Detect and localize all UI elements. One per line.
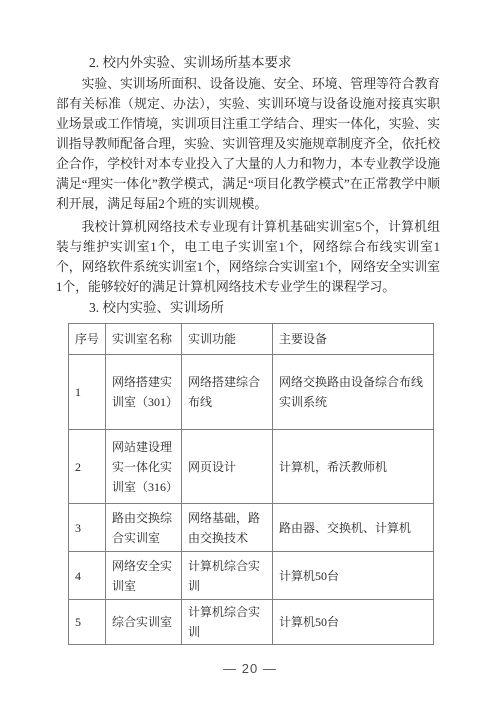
table-cell-function: 计算机综合实训 bbox=[182, 552, 273, 600]
table-cell-equipment: 计算机，希沃教师机 bbox=[273, 430, 434, 504]
table-row: 5 综合实训室 计算机综合实训 计算机50台 bbox=[69, 600, 434, 645]
table-row: 3 路由交换综合实训室 网络基础，路由交换技术 路由器、交换机、计算机 bbox=[69, 504, 434, 552]
table-row: 1 网络搭建实训室（301） 网络搭建综合布线 网络交换路由设备综合布线实训系统 bbox=[69, 355, 434, 430]
table-cell-room-name: 网络搭建实训室（301） bbox=[106, 355, 182, 430]
table-header-row: 序号 实训室名称 实训功能 主要设备 bbox=[69, 324, 434, 355]
table-cell-index: 5 bbox=[69, 600, 106, 645]
section-heading-3: 3. 校内实验、实训场所 bbox=[89, 300, 224, 315]
table-cell-equipment: 路由器、交换机、计算机 bbox=[273, 504, 434, 552]
table-cell-index: 2 bbox=[69, 430, 106, 504]
table-cell-room-name: 网站建设理实一体化实训室（316） bbox=[106, 430, 182, 504]
table-cell-function: 网络基础，路由交换技术 bbox=[182, 504, 273, 552]
table-cell-function: 网页设计 bbox=[182, 430, 273, 504]
table-cell-index: 3 bbox=[69, 504, 106, 552]
table-header-cell-function: 实训功能 bbox=[182, 324, 273, 355]
table-row: 2 网站建设理实一体化实训室（316） 网页设计 计算机，希沃教师机 bbox=[69, 430, 434, 504]
table-cell-index: 4 bbox=[69, 552, 106, 600]
table-cell-equipment: 计算机50台 bbox=[273, 552, 434, 600]
table-header-cell-room-name: 实训室名称 bbox=[106, 324, 182, 355]
document-page: 2. 校内外实验、实训场所基本要求 实验、实训场所面积、设备设施、安全、环境、管… bbox=[0, 0, 500, 707]
table-header-cell-equipment: 主要设备 bbox=[273, 324, 434, 355]
table-cell-index: 1 bbox=[69, 355, 106, 430]
training-rooms-table: 序号 实训室名称 实训功能 主要设备 1 网络搭建实训室（301） 网络搭建综合… bbox=[68, 323, 434, 645]
table-row: 4 网络安全实训室 计算机综合实训 计算机50台 bbox=[69, 552, 434, 600]
body-paragraph-2: 我校计算机网络技术专业现有计算机基础实训室5个，计算机组装与维护实训室1个，电工… bbox=[56, 217, 440, 297]
page-number: — 20 — bbox=[0, 661, 500, 676]
table-header-cell-index: 序号 bbox=[69, 324, 106, 355]
table-cell-function: 网络搭建综合布线 bbox=[182, 355, 273, 430]
table-cell-room-name: 网络安全实训室 bbox=[106, 552, 182, 600]
table-cell-equipment: 网络交换路由设备综合布线实训系统 bbox=[273, 355, 434, 430]
table-cell-equipment: 计算机50台 bbox=[273, 600, 434, 645]
table-cell-room-name: 路由交换综合实训室 bbox=[106, 504, 182, 552]
table-cell-room-name: 综合实训室 bbox=[106, 600, 182, 645]
body-paragraph-1: 实验、实训场所面积、设备设施、安全、环境、管理等符合教育部有关标准（规定、办法）… bbox=[56, 74, 440, 214]
section-heading-2: 2. 校内外实验、实训场所基本要求 bbox=[89, 55, 292, 70]
table-cell-function: 计算机综合实训 bbox=[182, 600, 273, 645]
